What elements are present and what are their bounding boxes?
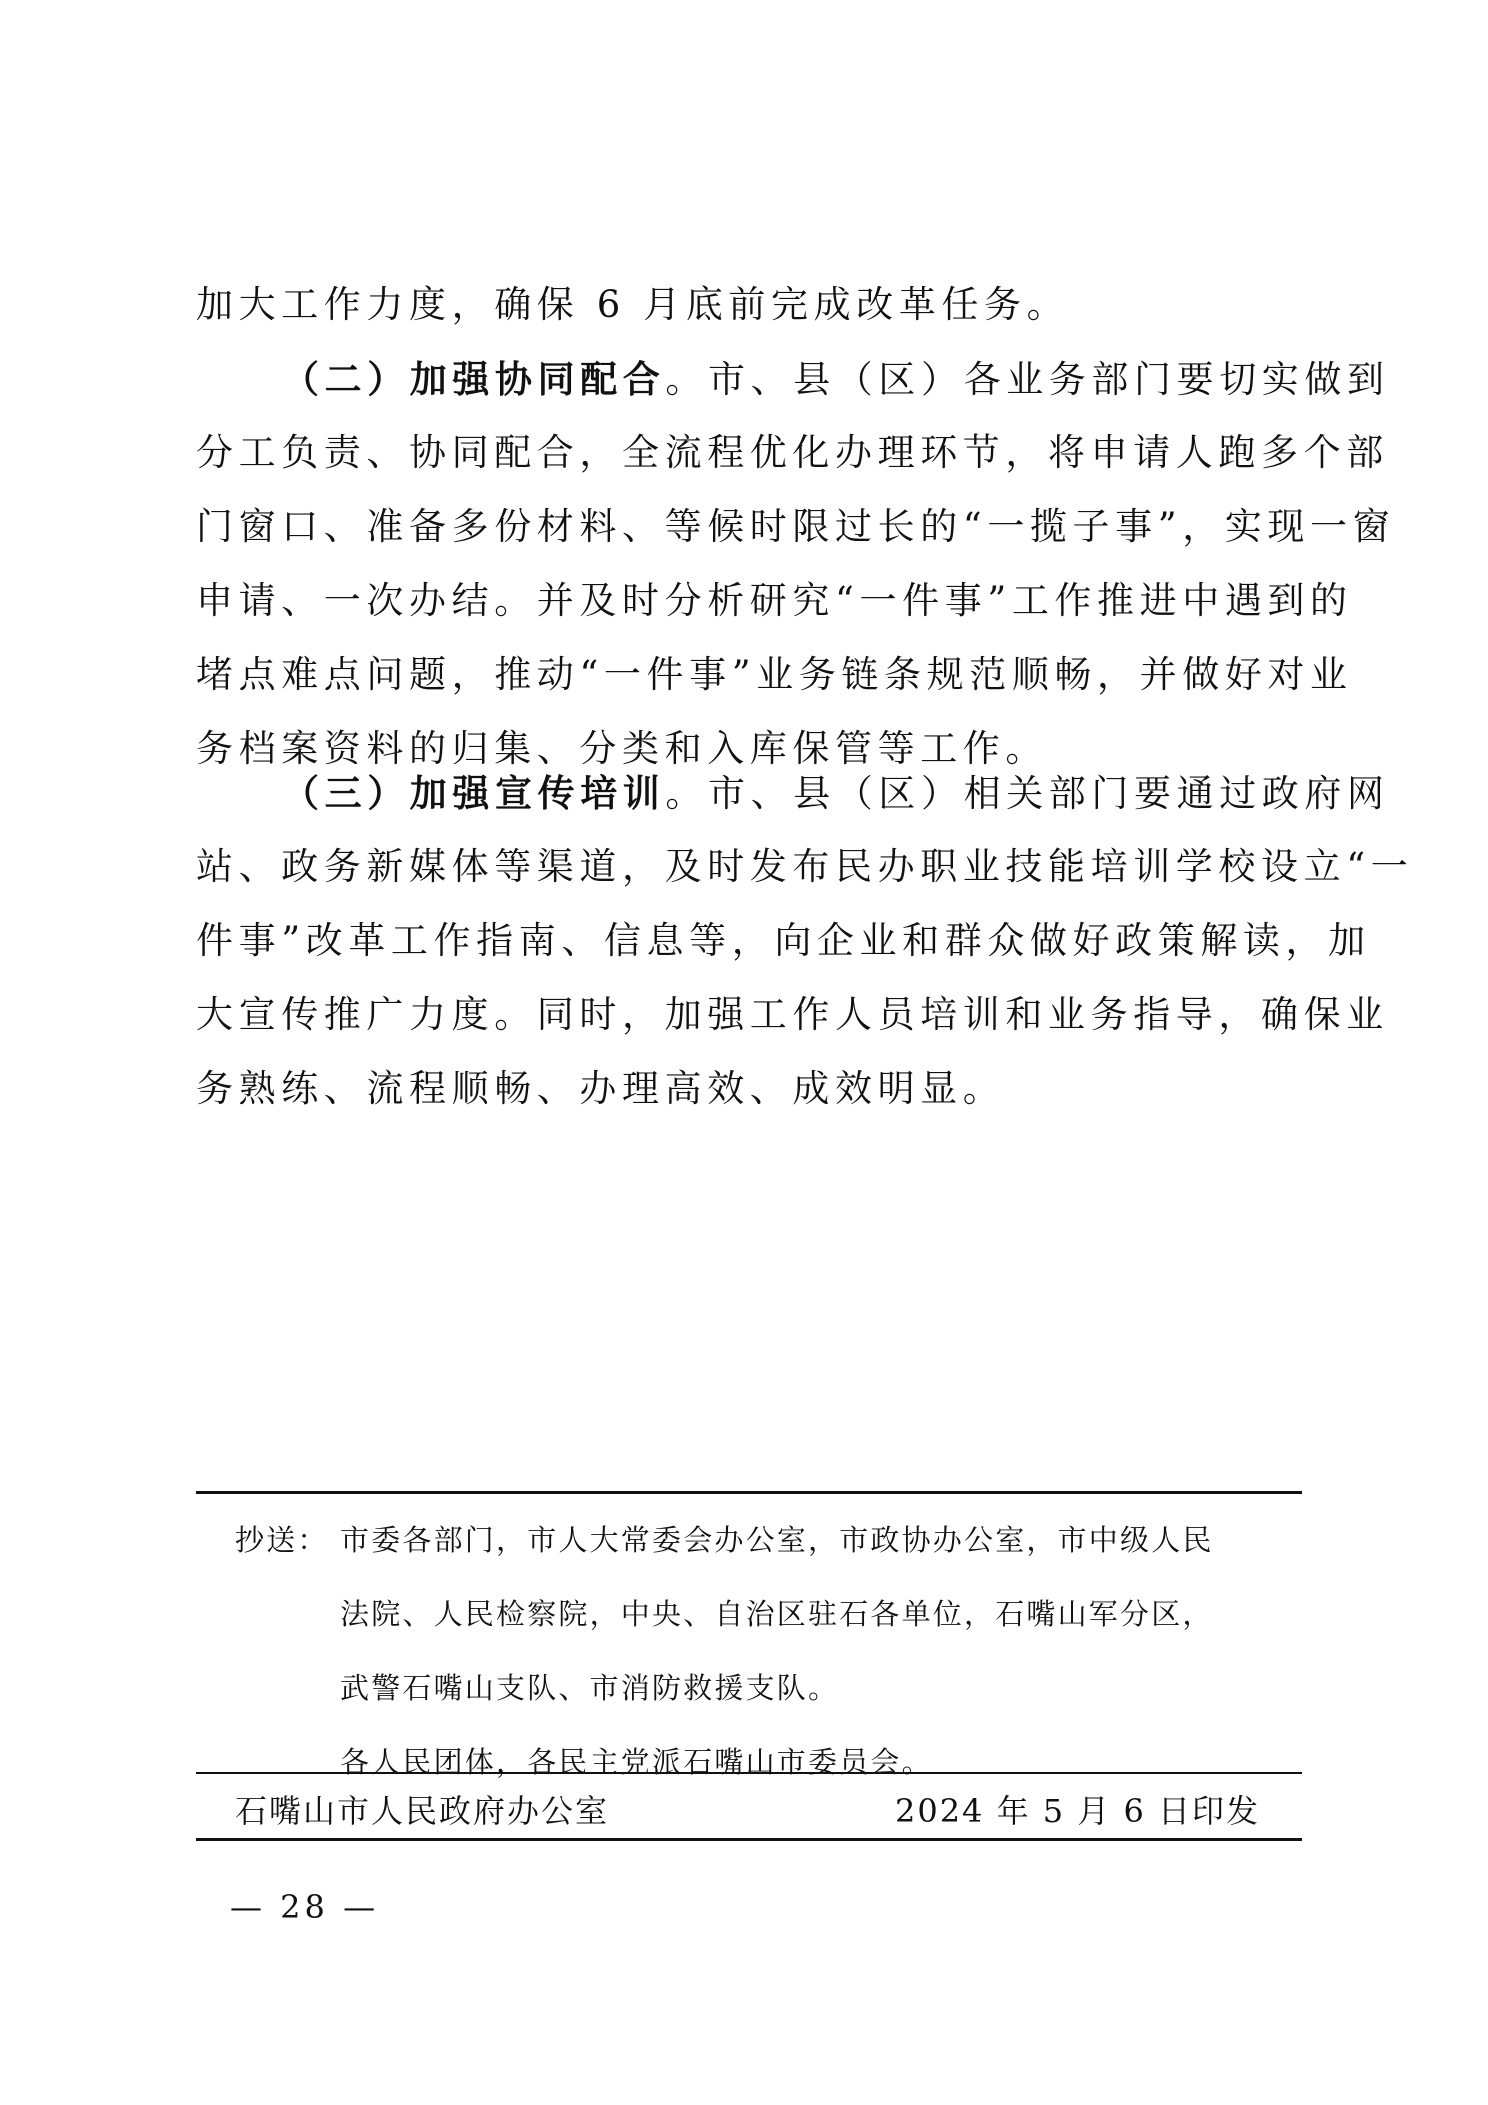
body-line: 大宣传推广力度。同时，加强工作人员培训和业务指导，确保业 — [196, 990, 1300, 1040]
body-line: 加大工作力度，确保 6 月底前完成改革任务。 — [196, 280, 1300, 330]
section-3-first-line: （三）加强宣传培训。市、县（区）相关部门要通过政府网 — [282, 768, 1300, 819]
cc-line: 各人民团体，各民主党派石嘴山市委员会。 — [340, 1742, 933, 1782]
divider-middle — [196, 1772, 1302, 1774]
body-line: 门窗口、准备多份材料、等候时限过长的“一揽子事”，实现一窗 — [196, 502, 1300, 552]
body-line: 务熟练、流程顺畅、办理高效、成效明显。 — [196, 1064, 1300, 1114]
divider-bottom — [196, 1838, 1302, 1841]
section-3-text: 。市、县（区）相关部门要通过政府网 — [665, 772, 1389, 815]
section-2-heading: （二）加强协同配合 — [282, 357, 665, 401]
body-line: 堵点难点问题，推动“一件事”业务链条规范顺畅，并做好对业 — [196, 650, 1300, 700]
cc-label: 抄送： — [235, 1520, 329, 1560]
section-3-heading: （三）加强宣传培训 — [282, 771, 665, 815]
cc-line: 法院、人民检察院，中央、自治区驻石各单位，石嘴山军分区， — [340, 1594, 1214, 1634]
divider-top — [196, 1491, 1302, 1494]
print-date: 2024 年 5 月 6 日印发 — [895, 1789, 1260, 1833]
body-line: 分工负责、协同配合，全流程优化办理环节，将申请人跑多个部 — [196, 428, 1300, 478]
body-line: 申请、一次办结。并及时分析研究“一件事”工作推进中遇到的 — [196, 576, 1300, 626]
body-line: 务档案资料的归集、分类和入库保管等工作。 — [196, 724, 1300, 774]
section-2-first-line: （二）加强协同配合。市、县（区）各业务部门要切实做到 — [282, 354, 1300, 405]
cc-line: 市委各部门，市人大常委会办公室，市政协办公室，市中级人民 — [340, 1520, 1214, 1560]
issuer: 石嘴山市人民政府办公室 — [235, 1789, 609, 1833]
body-line: 件事”改革工作指南、信息等，向企业和群众做好政策解读，加 — [196, 916, 1300, 966]
section-2-text: 。市、县（区）各业务部门要切实做到 — [665, 358, 1389, 401]
body-line: 站、政务新媒体等渠道，及时发布民办职业技能培训学校设立“一 — [196, 842, 1300, 892]
page-number: — 28 — — [230, 1885, 379, 1929]
cc-line: 武警石嘴山支队、市消防救援支队。 — [340, 1668, 839, 1708]
